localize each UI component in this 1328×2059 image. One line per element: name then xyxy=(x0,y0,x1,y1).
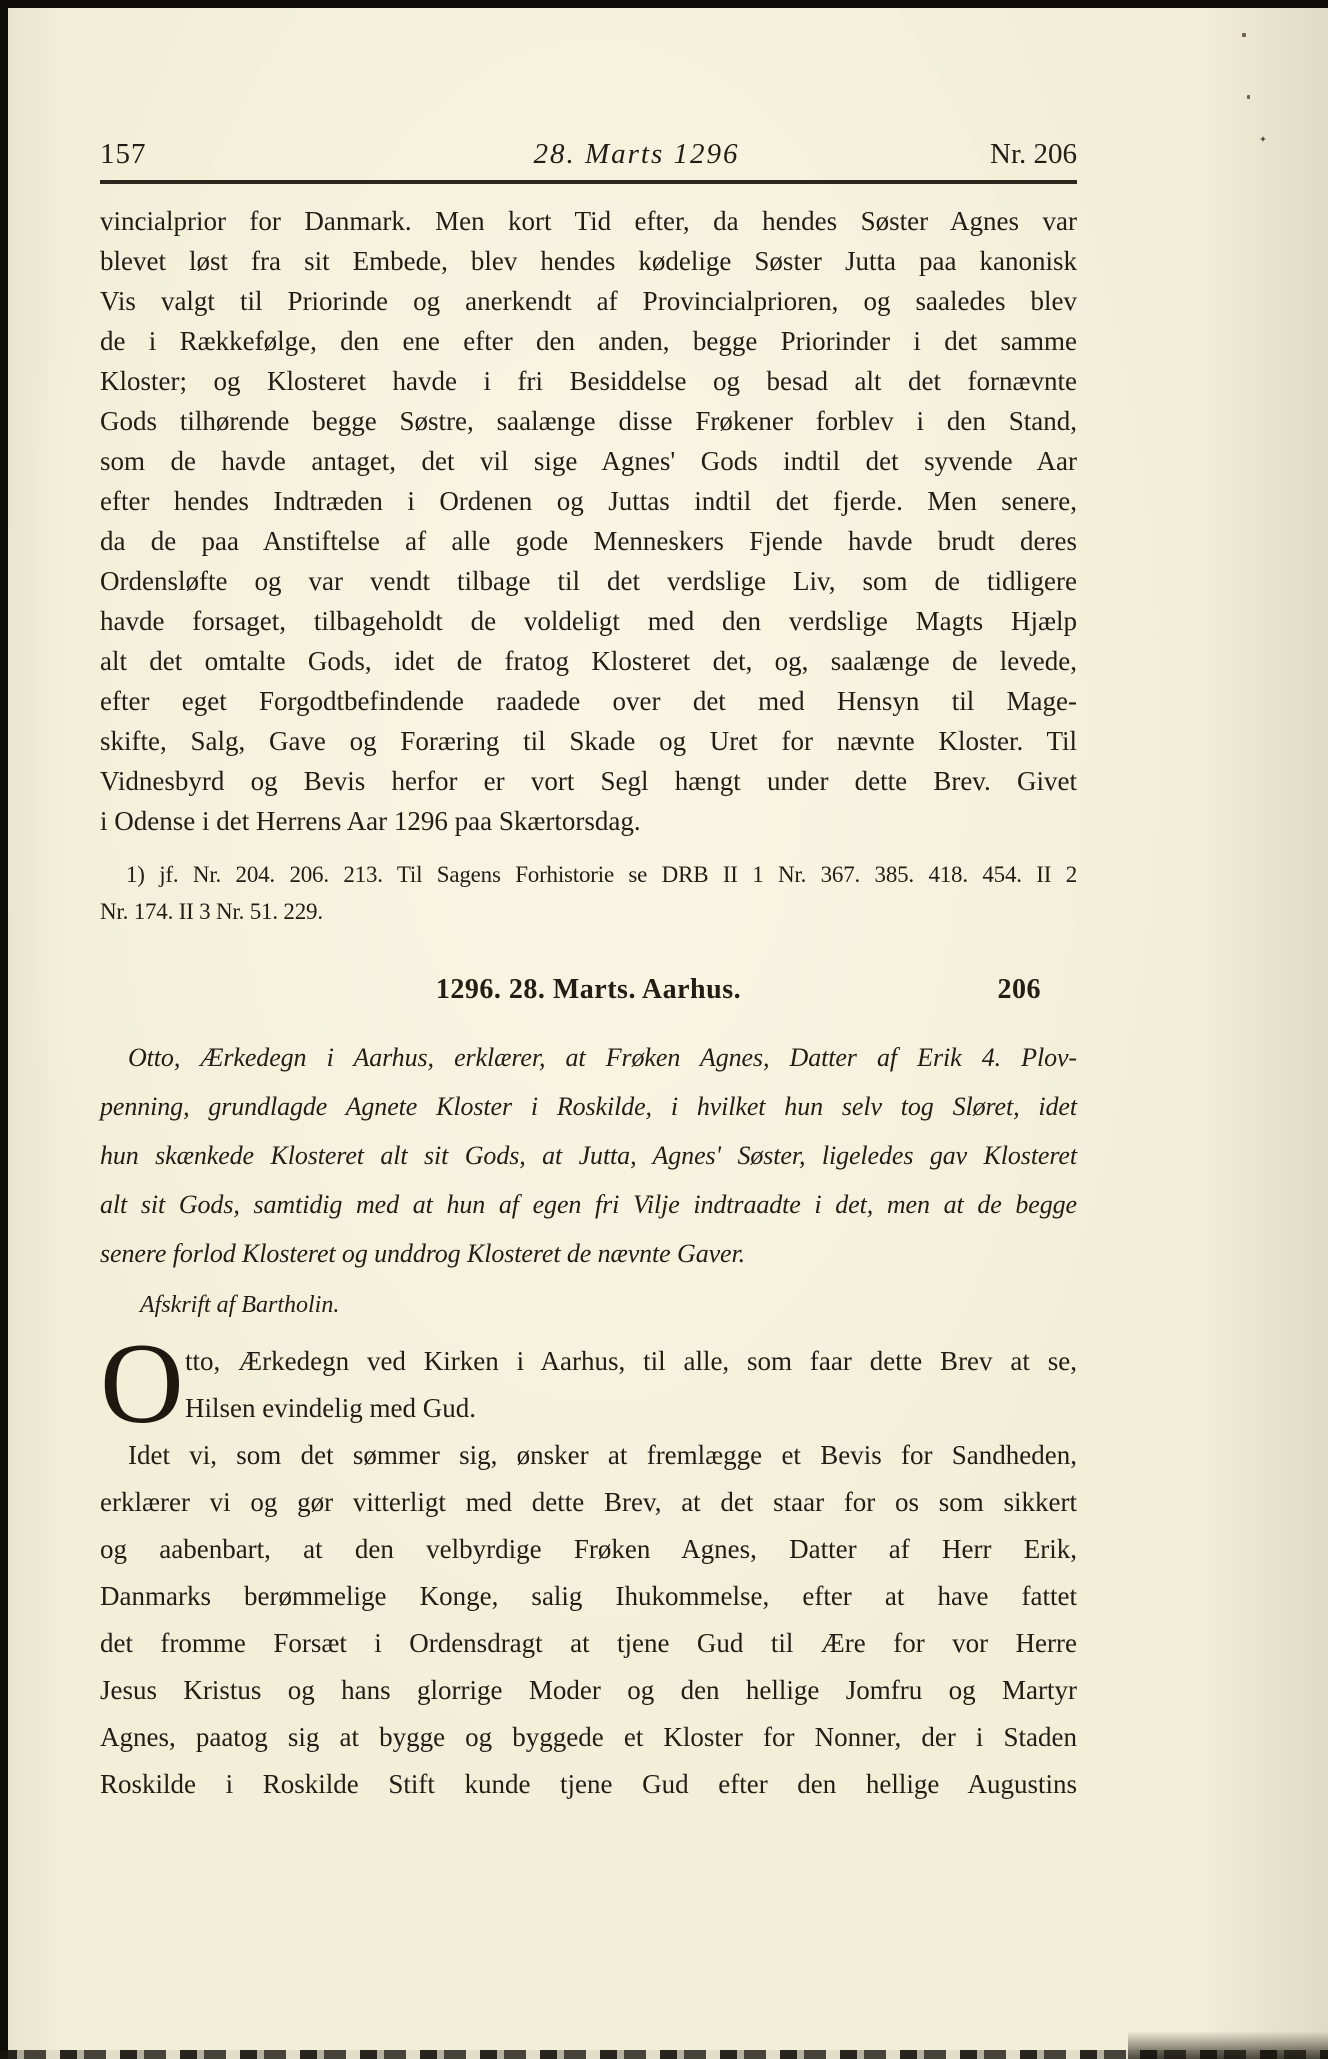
text-line: penning, grundlagde Agnete Kloster i Ros… xyxy=(100,1082,1077,1131)
previous-document-body: vincialprior for Danmark. Men kort Tid e… xyxy=(100,201,1077,841)
text-line: Agnes, paatog sig at bygge og byggede et… xyxy=(100,1714,1077,1761)
scan-edge-left xyxy=(0,0,8,2059)
text-line: Gods tilhørende begge Søstre, saalænge d… xyxy=(100,401,1077,441)
text-line: vincialprior for Danmark. Men kort Tid e… xyxy=(100,201,1077,241)
text-line: efter eget Forgodtbefindende raadede ove… xyxy=(100,681,1077,721)
text-line: blevet løst fra sit Embede, blev hendes … xyxy=(100,241,1077,281)
scan-edge-top xyxy=(0,0,1328,8)
text-line: efter hendes Indtræden i Ordenen og Jutt… xyxy=(100,481,1077,521)
footnote: 1) jf. Nr. 204. 206. 213. Til Sagens For… xyxy=(100,856,1077,930)
text-line: og aabenbart, at den velbyrdige Frøken A… xyxy=(100,1526,1077,1573)
salutation-paragraph: O tto, Ærkedegn ved Kirken i Aarhus, til… xyxy=(100,1338,1077,1432)
text-line: tto, Ærkedegn ved Kirken i Aarhus, til a… xyxy=(100,1338,1077,1385)
text-line: Jesus Kristus og hans glorrige Moder og … xyxy=(100,1667,1077,1714)
text-line: Vidnesbyrd og Bevis herfor er vort Segl … xyxy=(100,761,1077,801)
text-line: Hilsen evindelig med Gud. xyxy=(100,1385,1077,1432)
scan-speck xyxy=(1260,136,1266,142)
text-line: skifte, Salg, Gave og Foræring til Skade… xyxy=(100,721,1077,761)
text-line: de i Rækkefølge, den ene efter den anden… xyxy=(100,321,1077,361)
text-line: Nr. 174. II 3 Nr. 51. 229. xyxy=(100,893,1077,930)
section-heading: 1296. 28. Marts. Aarhus. 206 xyxy=(100,974,1077,1006)
text-line: Kloster; og Klosteret havde i fri Besidd… xyxy=(100,361,1077,401)
text-line: det fromme Forsæt i Ordensdragt at tjene… xyxy=(100,1620,1077,1667)
document-summary: Otto, Ærkedegn i Aarhus, erklærer, at Fr… xyxy=(100,1033,1077,1278)
text-line: Ordensløfte og var vendt tilbage til det… xyxy=(100,561,1077,601)
running-header-date: 28. Marts 1296 xyxy=(328,138,945,171)
text-line: da de paa Anstiftelse af alle gode Menne… xyxy=(100,521,1077,561)
text-line: senere forlod Klosteret og unddrog Klost… xyxy=(100,1229,1077,1278)
text-line: 1) jf. Nr. 204. 206. 213. Til Sagens For… xyxy=(100,856,1077,893)
salutation-lines: tto, Ærkedegn ved Kirken i Aarhus, til a… xyxy=(100,1338,1077,1432)
text-line: Danmarks berømmelige Konge, salig Ihukom… xyxy=(100,1573,1077,1620)
section-number: 206 xyxy=(998,974,1042,1006)
running-header: 157 28. Marts 1296 Nr. 206 xyxy=(100,138,1077,184)
text-line: alt det omtalte Gods, idet de fratog Klo… xyxy=(100,641,1077,681)
scanned-page: 157 28. Marts 1296 Nr. 206 vincialprior … xyxy=(0,0,1328,2059)
text-line: erklærer vi og gør vitterligt med dette … xyxy=(100,1479,1077,1526)
text-line: Otto, Ærkedegn i Aarhus, erklærer, at Fr… xyxy=(100,1033,1077,1082)
text-line: havde forsaget, tilbageholdt de voldelig… xyxy=(100,601,1077,641)
document-body: Idet vi, som det sømmer sig, ønsker at f… xyxy=(100,1432,1077,1808)
scan-speck xyxy=(1247,95,1250,99)
source-note: Afskrift af Bartholin. xyxy=(140,1289,1077,1321)
scan-edge-bottom xyxy=(0,2050,1328,2059)
scan-speck xyxy=(1242,33,1246,37)
section-heading-title: 1296. 28. Marts. Aarhus. xyxy=(436,974,741,1005)
text-column: 157 28. Marts 1296 Nr. 206 vincialprior … xyxy=(100,138,1077,1808)
page-number: 157 xyxy=(100,138,280,171)
text-line: Idet vi, som det sømmer sig, ønsker at f… xyxy=(100,1432,1077,1479)
drop-cap-initial: O xyxy=(100,1338,178,1432)
text-line: som de havde antaget, det vil sige Agnes… xyxy=(100,441,1077,481)
text-line: i Odense i det Herrens Aar 1296 paa Skær… xyxy=(100,801,1077,841)
text-line: Roskilde i Roskilde Stift kunde tjene Gu… xyxy=(100,1761,1077,1808)
text-line: hun skænkede Klosteret alt sit Gods, at … xyxy=(100,1131,1077,1180)
text-line: Vis valgt til Priorinde og anerkendt af … xyxy=(100,281,1077,321)
text-line: alt sit Gods, samtidig med at hun af ege… xyxy=(100,1180,1077,1229)
